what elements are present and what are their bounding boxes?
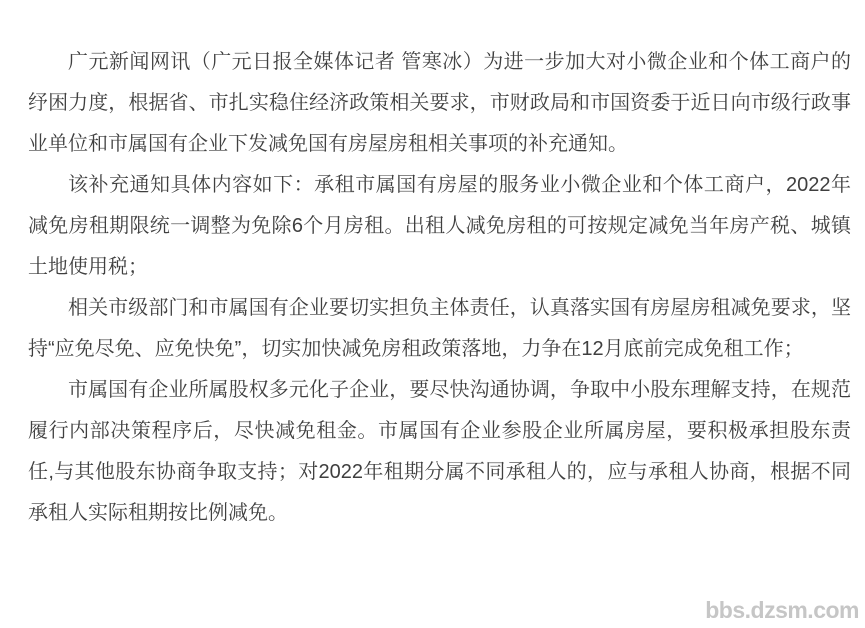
article-page: 广元新闻网讯（广元日报全媒体记者 管寒冰）为进一步加大对小微企业和个体工商户的纾…: [0, 0, 865, 628]
article-paragraph: 该补充通知具体内容如下：承租市属国有房屋的服务业小微企业和个体工商户，2022年…: [28, 165, 851, 288]
site-watermark: bbs.dzsm.com: [705, 597, 859, 624]
article-paragraph: 广元新闻网讯（广元日报全媒体记者 管寒冰）为进一步加大对小微企业和个体工商户的纾…: [28, 42, 851, 165]
article-paragraph: 相关市级部门和市属国有企业要切实担负主体责任，认真落实国有房屋房租减免要求，坚持…: [28, 288, 851, 370]
article-body: 广元新闻网讯（广元日报全媒体记者 管寒冰）为进一步加大对小微企业和个体工商户的纾…: [28, 42, 851, 534]
article-paragraph: 市属国有企业所属股权多元化子企业，要尽快沟通协调，争取中小股东理解支持，在规范履…: [28, 370, 851, 534]
